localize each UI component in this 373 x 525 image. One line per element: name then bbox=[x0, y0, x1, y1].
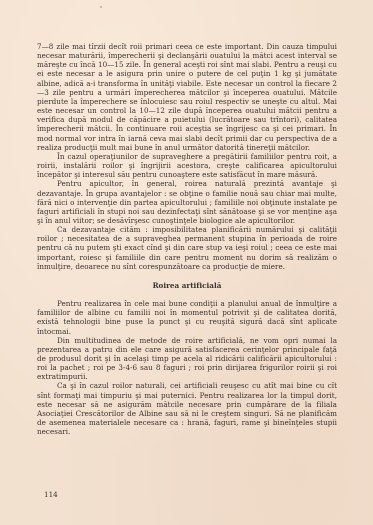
page-body: 7—8 zile mai tîrzii decît roii primari c… bbox=[37, 42, 337, 436]
paragraph-timing: Ca şi în cazul roilor naturali, cei arti… bbox=[37, 381, 337, 436]
paragraph-methods: Din multitudinea de metode de roire arti… bbox=[37, 336, 337, 382]
paper-speck bbox=[100, 6, 102, 8]
paragraph-supervision: În cazul operaţiunilor de supraveghere a… bbox=[37, 152, 337, 179]
page-number: 114 bbox=[44, 490, 58, 499]
paragraph-advantages: Pentru apicultor, în general, roirea nat… bbox=[37, 179, 337, 225]
paragraph-planning: Pentru realizarea în cele mai bune condi… bbox=[37, 299, 337, 336]
section-heading: Roirea artificială bbox=[37, 281, 337, 290]
paragraph-continuation: 7—8 zile mai tîrzii decît roii primari c… bbox=[37, 42, 337, 152]
book-page: 7—8 zile mai tîrzii decît roii primari c… bbox=[0, 0, 373, 525]
paragraph-disadvantages: Ca dezavantaje cităm : imposibilitatea p… bbox=[37, 225, 337, 271]
